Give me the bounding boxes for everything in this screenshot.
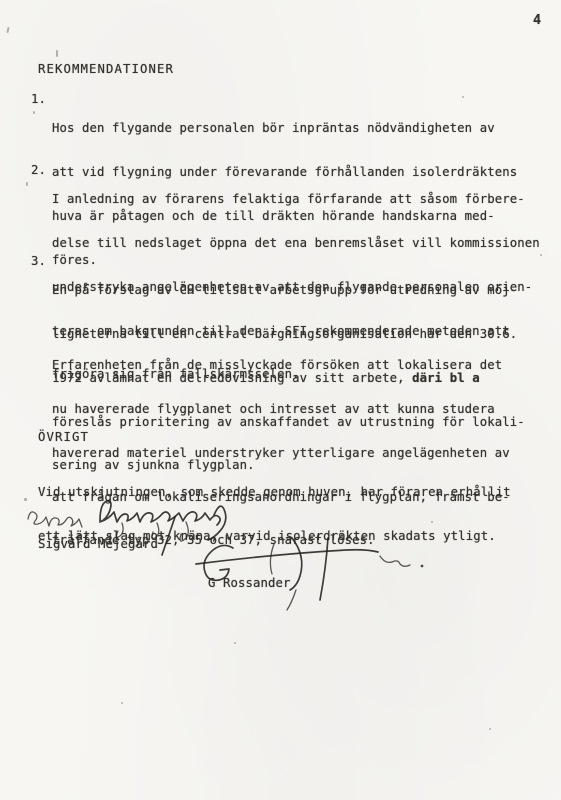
signatory-name-mejegard: Sigvard Mejegård [38,537,158,552]
list-item-1-number: 1. [31,92,46,107]
scan-speck [6,27,9,33]
text-line: nu havererade flygplanet och intresset a… [52,402,510,417]
section-heading-rekommendationer: REKOMMENDATIONER [38,62,174,77]
text-line: En på förslag av CH tillsatt arbetsgrupp… [52,283,525,298]
scan-speck [234,642,236,644]
scanned-document-page: 4 REKOMMENDATIONER 1. Hos den flygande p… [0,0,561,800]
text-line: Hos den flygande personalen bör inpränta… [52,121,517,136]
scan-speck [26,182,28,186]
page-number: 4 [533,13,541,28]
list-item-3-number: 3. [31,254,46,269]
signature-rossander-handwriting [188,536,440,614]
scan-speck [462,96,464,98]
text-line: delse till nedslaget öppna det ena benre… [52,236,540,251]
scan-speck [56,50,58,57]
text-line: Erfarenheten från de misslyckade försöke… [52,358,510,373]
scan-speck [431,521,433,523]
text-line: I anledning av förarens felaktiga förfar… [52,192,540,207]
section-heading-ovrigt: ÖVRIGT [38,430,89,445]
scan-speck [489,728,491,730]
scan-speck [24,498,27,501]
signatory-name-rossander: G Rossander [208,576,291,591]
scan-speck [33,111,35,114]
list-item-2-number: 2. [31,163,46,178]
scan-speck [540,254,542,256]
scan-speck [121,702,123,704]
